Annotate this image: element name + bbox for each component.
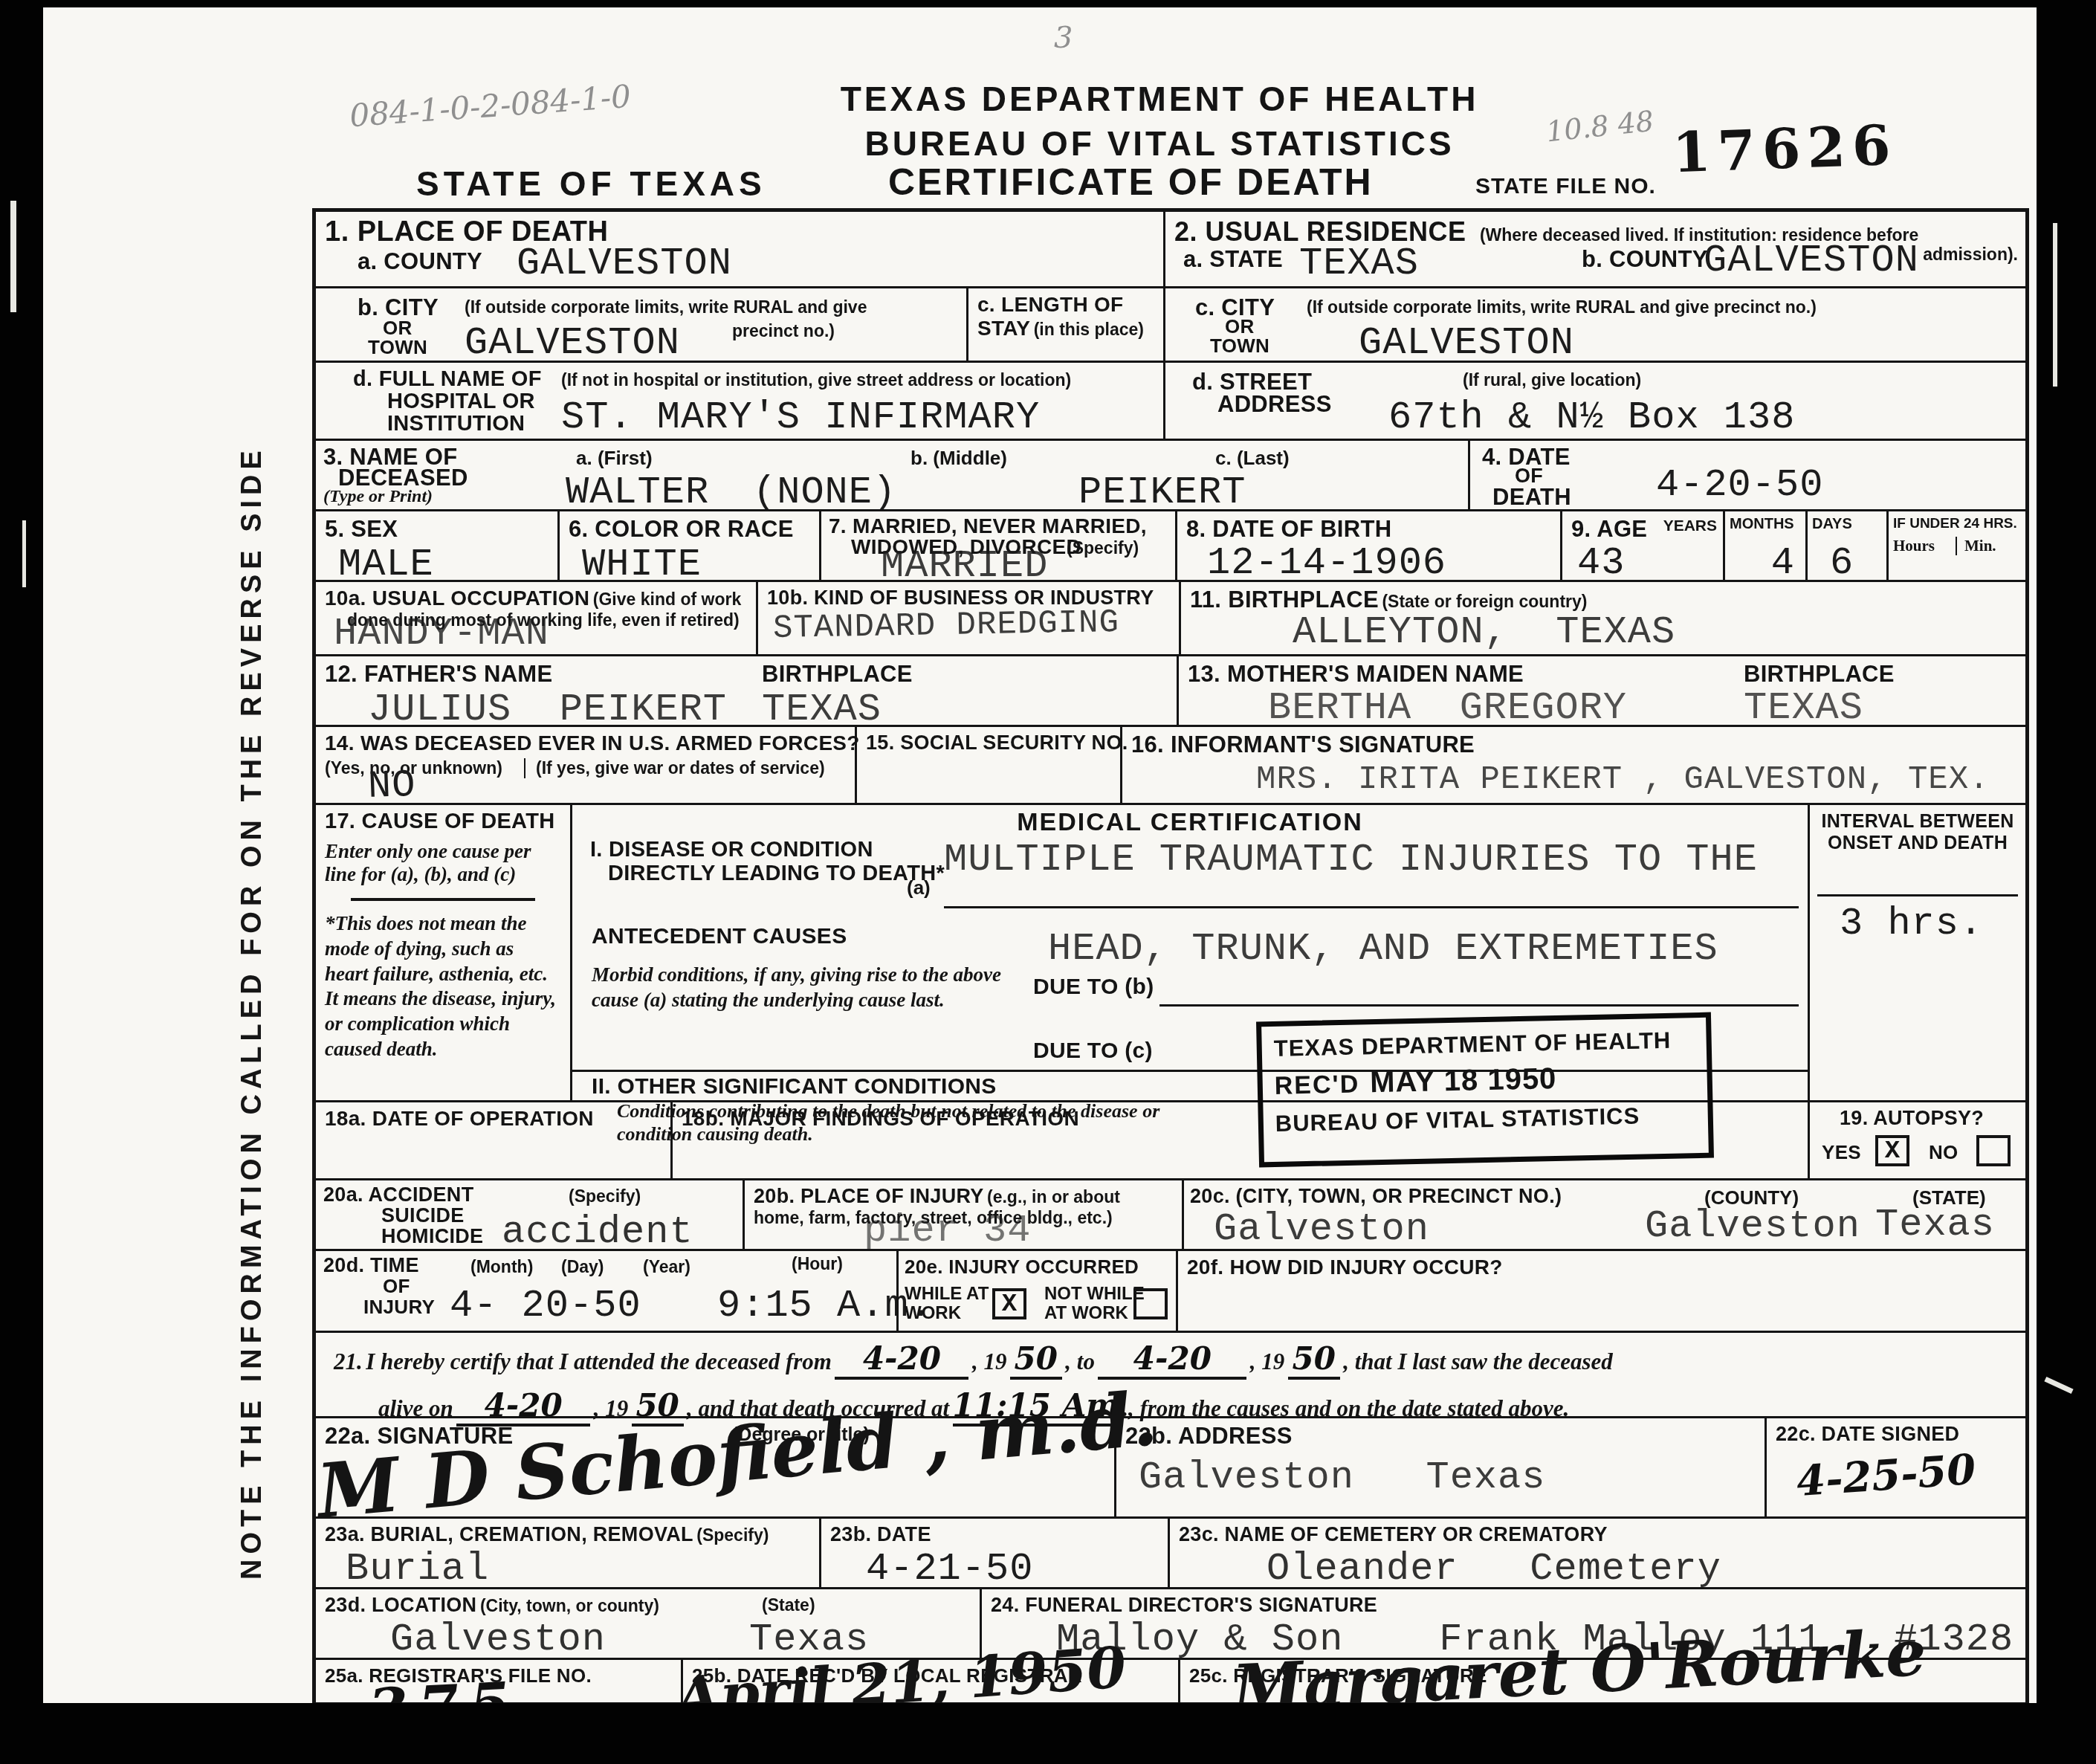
injury-place-value: pier 34 [864,1209,1031,1253]
violence-label3: HOMICIDE [381,1225,483,1248]
field-race: 6. COLOR OR RACE WHITE [557,511,819,580]
due-to-b-label: DUE TO (b) [1033,975,1154,1000]
field-injury-how: 20f. HOW DID INJURY OCCUR? [1176,1251,2025,1331]
while-at-label: WHILE AT [905,1284,989,1305]
other-conditions-label: II. OTHER SIGNIFICANT CONDITIONS [592,1074,997,1099]
field-interval: INTERVAL BETWEEN ONSET AND DEATH 3 hrs. [1808,805,2025,1100]
state-file-number: 17626 [1672,114,1898,186]
father-label: 12. FATHER'S NAME [325,661,552,687]
field-injury-city: 20c. (CITY, TOWN, OR PRECINCT NO.) (COUN… [1182,1180,2025,1249]
hospital-label3: INSTITUTION [387,412,525,436]
section-usual-residence: 2. USUAL RESIDENCE (Where deceased lived… [1163,212,2025,439]
hour-note: (Hour) [792,1254,843,1274]
injury-state-value: Texas [1875,1203,1995,1247]
death-city-value: GALVESTON [465,321,680,365]
cause-note2: *This does not mean the mode of dying, s… [325,911,561,1062]
age-label: 9. AGE [1571,516,1647,542]
row-place-residence: 1. PLACE OF DEATH a. COUNTY GALVESTON b.… [316,212,2025,439]
sex-label: 5. SEX [325,516,398,542]
cause-a-underline [944,906,1799,908]
stamp-line3: BUREAU OF VITAL STATISTICS [1275,1102,1697,1137]
birthplace-label: 11. BIRTHPLACE [1190,587,1379,613]
injury-city-label: 20c. (CITY, TOWN, OR PRECINCT NO.) [1190,1185,1562,1208]
age-months-label: MONTHS [1730,516,1794,532]
burial-location-state-note: (State) [762,1595,815,1615]
field-physician-address: 22b. ADDRESS Galveston Texas [1114,1418,1765,1516]
autopsy-no-label: NO [1929,1141,1958,1164]
cause-a-value: MULTIPLE TRAUMATIC INJURIES TO THE [944,838,1758,882]
field-sex: 5. SEX MALE [316,511,557,580]
residence-state-label: a. STATE [1183,246,1283,273]
interval-underline [1817,894,2018,896]
field-industry: 10b. KIND OF BUSINESS OR INDUSTRY STANDA… [756,582,1179,654]
under24-label: IF UNDER 24 HRS. [1893,516,2017,532]
certify-text5: , that I last saw the deceased [1343,1348,1613,1374]
film-speck [10,201,16,312]
burial-location-value: Galveston Texas [390,1618,869,1661]
section-place-of-death: 1. PLACE OF DEATH a. COUNTY GALVESTON b.… [316,212,1163,439]
age-days-value: 6 [1830,541,1854,585]
residence-title-note2: admission). [1923,245,2018,265]
name-title3: (Type or Print) [323,487,433,507]
birthplace-note: (State or foreign country) [1382,592,1587,611]
interval-value: 3 hrs. [1840,902,1983,946]
city-note: (If outside corporate limits, write RURA… [465,297,867,317]
date-signed-value: 4-25-50 [1795,1445,1977,1507]
header-state-of-texas: STATE OF TEXAS [416,164,766,204]
funeral-director-label: 24. FUNERAL DIRECTOR'S SIGNATURE [991,1594,1377,1616]
field-name-of-deceased: 3. NAME OF DECEASED (Type or Print) a. (… [316,441,1468,509]
injury-occurred-label: 20e. INJURY OCCURRED [905,1256,1139,1278]
armed-label: 14. WAS DECEASED EVER IN U.S. ARMED FORC… [325,731,860,755]
date-of-death-value: 4-20-50 [1656,463,1823,507]
injury-date-value: 4- 20-50 [450,1284,641,1328]
mother-birthplace-value: TEXAS [1744,686,1863,730]
ssn-label: 15. SOCIAL SECURITY NO. [866,731,1128,754]
cemetery-label: 23c. NAME OF CEMETERY OR CREMATORY [1179,1523,1608,1545]
certify-from-year: 50 [1015,1340,1058,1377]
injury-time-label3: INJURY [363,1296,435,1319]
age-years-label: YEARS [1663,517,1717,535]
cause-notes-column: 17. CAUSE OF DEATH Enter only one cause … [316,805,570,1100]
certify-text3: , to [1065,1348,1095,1374]
field-registrar-file-no: 25a. REGISTRAR'S FILE NO. 375 [316,1660,681,1702]
autopsy-yes-label: YES [1822,1141,1861,1164]
field-physician-signature: 22a. SIGNATURE (Degree or title) M D Sch… [316,1418,1114,1516]
birthplace-value: ALLEYTON, TEXAS [1293,610,1675,654]
row-physician: 22a. SIGNATURE (Degree or title) M D Sch… [316,1416,2025,1516]
row-certify: 21. I hereby certify that I attended the… [316,1331,2025,1416]
birth-label: 8. DATE OF BIRTH [1186,516,1391,542]
occupation-note: (Give kind of work [593,589,741,609]
county-value: GALVESTON [517,242,732,285]
injury-place-label: 20b. PLACE OF INJURY [754,1185,984,1207]
certify-text4: , 19 [1250,1348,1285,1374]
not-while-label: NOT WHILE [1044,1284,1145,1305]
field-certify-statement: 21. I hereby certify that I attended the… [316,1333,2025,1416]
field-age-years: 9. AGE YEARS 43 [1560,511,1723,580]
injury-time-label2: OF [383,1275,410,1298]
header-bureau: BUREAU OF VITAL STATISTICS [751,123,1568,164]
header-department: TEXAS DEPARTMENT OF HEALTH [751,79,1568,119]
field-age-days: DAYS 6 [1805,511,1886,580]
age-years-value: 43 [1577,541,1625,585]
autopsy-label: 19. AUTOPSY? [1840,1107,1984,1130]
stamp-line1: TEXAS DEPARTMENT OF HEALTH [1273,1027,1695,1062]
residence-county-label: b. COUNTY [1582,246,1708,273]
street-note: (If rural, give location) [1463,370,1641,390]
residence-town-label: TOWN [1210,335,1269,358]
occupation-label: 10a. USUAL OCCUPATION [325,587,589,610]
field-informant: 16. INFORMANT'S SIGNATURE MRS. IRITA PEI… [1120,727,2025,803]
armed-note2: (If yes, give war or dates of service) [524,758,825,778]
row-occupation: 10a. USUAL OCCUPATION (Give kind of work… [316,580,2025,654]
row-demographics: 5. SEX MALE 6. COLOR OR RACE WHITE 7. MA… [316,509,2025,580]
hospital-label: d. FULL NAME OF [353,367,542,392]
field-death-city: b. CITY (If outside corporate limits, wr… [316,286,1163,361]
pencil-annotation-number: 3 [1054,21,1073,55]
burial-note: (Specify) [696,1525,769,1545]
autopsy-yes-checkbox: X [1875,1135,1909,1166]
field-residence-street: d. STREET ADDRESS (If rural, give locati… [1165,361,2025,439]
field-burial-date: 23b. DATE 4-21-50 [819,1519,1168,1587]
middle-name-value: (NONE) [753,471,896,514]
street-value: 67th & N½ Box 138 [1388,395,1796,439]
cemetery-value: Oleander Cemetery [1267,1547,1721,1591]
while-at-work-checkbox: X [992,1288,1026,1319]
row-burial: 23a. BURIAL, CREMATION, REMOVAL (Specify… [316,1516,2025,1587]
father-birthplace-label: BIRTHPLACE [762,661,913,688]
field-burial-location: 23d. LOCATION (City, town, or county) (S… [316,1589,980,1658]
burial-location-note: (City, town, or county) [480,1596,659,1615]
town-label: TOWN [368,336,427,359]
field-death-county: 1. PLACE OF DEATH a. COUNTY GALVESTON [316,212,1163,286]
first-name-value: WALTER [566,471,709,514]
field-registrar-date: 25b. DATE REC'D BY LOCAL REGISTRAR April… [681,1660,1178,1702]
morbid-note: Morbid conditions, if any, giving rise t… [592,963,1008,1013]
injury-place-note: (e.g., in or about [987,1187,1120,1206]
row-cause-of-death: 17. CAUSE OF DEATH Enter only one cause … [316,803,2025,1100]
header-certificate-title: CERTIFICATE OF DEATH [888,161,1374,204]
certify-text2: , 19 [972,1348,1007,1374]
race-label: 6. COLOR OR RACE [569,516,794,542]
autopsy-no-checkbox [1976,1135,2011,1166]
city-note2: precinct no.) [732,321,835,341]
county-label: a. COUNTY [358,248,482,274]
burial-date-label: 23b. DATE [830,1523,931,1545]
disease-label: I. DISEASE OR CONDITION [590,838,873,862]
injury-time-label: 20d. TIME [323,1254,419,1277]
age-months-value: 4 [1771,541,1795,585]
cause-note-divider [351,898,535,901]
industry-value: STANDARD DREDGING [773,604,1120,647]
row-injury-1: 20a. ACCIDENT SUICIDE HOMICIDE (Specify)… [316,1178,2025,1249]
first-name-label: a. (First) [576,447,653,470]
min-label: Min. [1956,537,1996,555]
residence-city-value: GALVESTON [1359,321,1574,365]
residence-county-value: GALVESTON [1704,239,1919,282]
field-ssn: 15. SOCIAL SECURITY NO. [855,727,1120,803]
cause-note1: Enter only one cause per line for (a), (… [325,840,561,886]
disease-label2: DIRECTLY LEADING TO DEATH* [608,862,945,886]
length-of-stay-label2: STAY [977,317,1030,340]
informant-value: MRS. IRITA PEIKERT , GALVESTON, TEX. [1256,761,1990,798]
film-edge-right [2037,0,2096,1764]
film-edge-left [0,0,43,1764]
burial-location-label: 23d. LOCATION [325,1594,476,1616]
residence-state-value: TEXAS [1299,242,1419,285]
row-registrar: 25a. REGISTRAR'S FILE NO. 375 25b. DATE … [316,1658,2025,1702]
hospital-value: ST. MARY'S INFIRMARY [561,395,1040,439]
last-name-value: PEIKERT [1078,471,1246,514]
row-parents: 12. FATHER'S NAME BIRTHPLACE JULIUS PEIK… [316,654,2025,725]
date-of-death-label3: DEATH [1492,484,1571,511]
certificate-form: 1. PLACE OF DEATH a. COUNTY GALVESTON b.… [312,208,2029,1706]
film-speck [22,520,26,587]
field-cemetery: 23c. NAME OF CEMETERY OR CREMATORY Olean… [1168,1519,2025,1587]
not-while-at-work-checkbox [1133,1288,1168,1319]
occupation-value: HANDY-MAN [334,612,549,656]
birth-value: 12-14-1906 [1207,541,1446,585]
violence-value: accident [502,1210,693,1254]
certify-to-value: 4-20 [1133,1340,1212,1377]
date-signed-label: 22c. DATE SIGNED [1776,1423,1959,1445]
violence-label2: SUICIDE [381,1204,465,1227]
address-value: Galveston Texas [1139,1456,1546,1499]
field-residence-state-county: 2. USUAL RESIDENCE (Where deceased lived… [1165,212,2025,286]
field-father: 12. FATHER'S NAME BIRTHPLACE JULIUS PEIK… [316,656,1177,725]
while-at-label2: WORK [905,1303,961,1324]
antecedent-label: ANTECEDENT CAUSES [592,924,847,949]
month-note: (Month) [470,1257,533,1277]
interval-label: INTERVAL BETWEEN [1817,811,2018,833]
field-marital-status: 7. MARRIED, NEVER MARRIED, WIDOWED, DIVO… [819,511,1175,580]
age-days-label: DAYS [1812,516,1852,532]
cause-b-underline [1159,1004,1799,1007]
field-birthplace: 11. BIRTHPLACE (State or foreign country… [1179,582,2025,654]
row-armed-informant: 14. WAS DECEASED EVER IN U.S. ARMED FORC… [316,725,2025,803]
field-injury-place: 20b. PLACE OF INJURY (e.g., in or about … [743,1180,1182,1249]
injury-county-value: Galveston [1645,1204,1860,1248]
year-note: (Year) [643,1257,690,1277]
length-of-stay-note: (in this place) [1034,320,1144,339]
row-name: 3. NAME OF DECEASED (Type or Print) a. (… [316,439,2025,509]
operation-date-label: 18a. DATE OF OPERATION [325,1107,594,1130]
field-date-signed: 22c. DATE SIGNED 4-25-50 [1765,1418,2025,1516]
street-label2: ADDRESS [1217,391,1332,418]
cause-label: 17. CAUSE OF DEATH [325,810,554,833]
violence-label: 20a. ACCIDENT [323,1183,473,1206]
last-name-label: c. (Last) [1215,447,1290,470]
disease-a-tag: (a) [907,876,931,899]
certify-num: 21. [334,1348,363,1374]
field-date-of-death: 4. DATE OF DEATH 4-20-50 [1468,441,2025,509]
middle-name-label: b. (Middle) [910,447,1007,470]
informant-label: 16. INFORMANT'S SIGNATURE [1131,731,1475,757]
mother-birthplace-label: BIRTHPLACE [1744,661,1895,688]
state-file-no-label: STATE FILE NO. [1475,174,1656,199]
hospital-note: (If not in hospital or institution, give… [561,370,1071,390]
certify-text1: I hereby certify that I attended the dec… [366,1348,832,1374]
medical-certification-title: MEDICAL CERTIFICATION [572,808,1808,837]
field-hospital: d. FULL NAME OF HOSPITAL OR INSTITUTION … [316,361,1163,439]
mother-label: 13. MOTHER'S MAIDEN NAME [1188,661,1524,687]
field-age-under24: IF UNDER 24 HRS. Hours Min. [1886,511,2025,580]
certify-from-value: 4-20 [863,1340,941,1377]
marital-note: (Specify) [1067,538,1139,558]
interval-label2: ONSET AND DEATH [1817,833,2018,854]
mother-value: BERTHA GREGORY [1268,686,1627,730]
injury-how-label: 20f. HOW DID INJURY OCCUR? [1187,1256,1503,1279]
field-injury-occurred: 20e. INJURY OCCURRED WHILE AT WORK X NOT… [896,1251,1176,1331]
film-speck [2053,223,2057,387]
day-note: (Day) [561,1257,604,1277]
field-violence-type: 20a. ACCIDENT SUICIDE HOMICIDE (Specify)… [316,1180,743,1249]
field-occupation: 10a. USUAL OCCUPATION (Give kind of work… [316,582,756,654]
field-registrar-signature: 25c. REGISTRAR'S SIGNATURE Margaret O'Ro… [1178,1660,2025,1702]
reverse-side-note: NOTE THE INFORMATION CALLED FOR ON THE R… [236,413,268,1580]
field-mother: 13. MOTHER'S MAIDEN NAME BIRTHPLACE BERT… [1177,656,2025,725]
row-injury-2: 20d. TIME OF INJURY (Month) (Day) (Year)… [316,1249,2025,1331]
hours-label: Hours [1893,537,1956,555]
violence-note: (Specify) [569,1186,641,1206]
field-residence-city: c. CITY (If outside corporate limits, wr… [1165,286,2025,361]
field-date-of-birth: 8. DATE OF BIRTH 12-14-1906 [1175,511,1560,580]
due-to-c-label: DUE TO (c) [1033,1038,1153,1064]
injury-city-value: Galveston [1214,1207,1429,1251]
hospital-label2: HOSPITAL OR [387,390,535,414]
film-edge-bottom [0,1703,2096,1764]
armed-value: NO [367,763,416,809]
scanned-death-certificate: NOTE THE INFORMATION CALLED FOR ON THE R… [0,0,2096,1764]
burial-date-value: 4-21-50 [866,1547,1033,1591]
stamp-recd: REC'D [1274,1070,1359,1100]
residence-city-note: (If outside corporate limits, write RURA… [1307,297,1817,317]
not-while-label2: AT WORK [1044,1303,1128,1324]
certify-to-year: 50 [1293,1340,1336,1377]
field-injury-time: 20d. TIME OF INJURY (Month) (Day) (Year)… [316,1251,896,1331]
cause-b-value: HEAD, TRUNK, AND EXTREMETIES [1048,927,1718,971]
length-of-stay-label: c. LENGTH OF [977,293,1124,316]
stamp-date: MAY 18 1950 [1370,1062,1557,1099]
field-autopsy: 19. AUTOPSY? YES X NO [1808,1102,2025,1178]
burial-value: Burial [346,1547,489,1591]
field-armed-forces: 14. WAS DECEASED EVER IN U.S. ARMED FORC… [316,727,855,803]
field-age-months: MONTHS 4 [1723,511,1805,580]
other-conditions-note: Conditions contributing to the death but… [617,1099,1197,1146]
film-edge-top [0,0,2096,7]
received-stamp: TEXAS DEPARTMENT OF HEALTH REC'DMAY 18 1… [1256,1012,1714,1168]
